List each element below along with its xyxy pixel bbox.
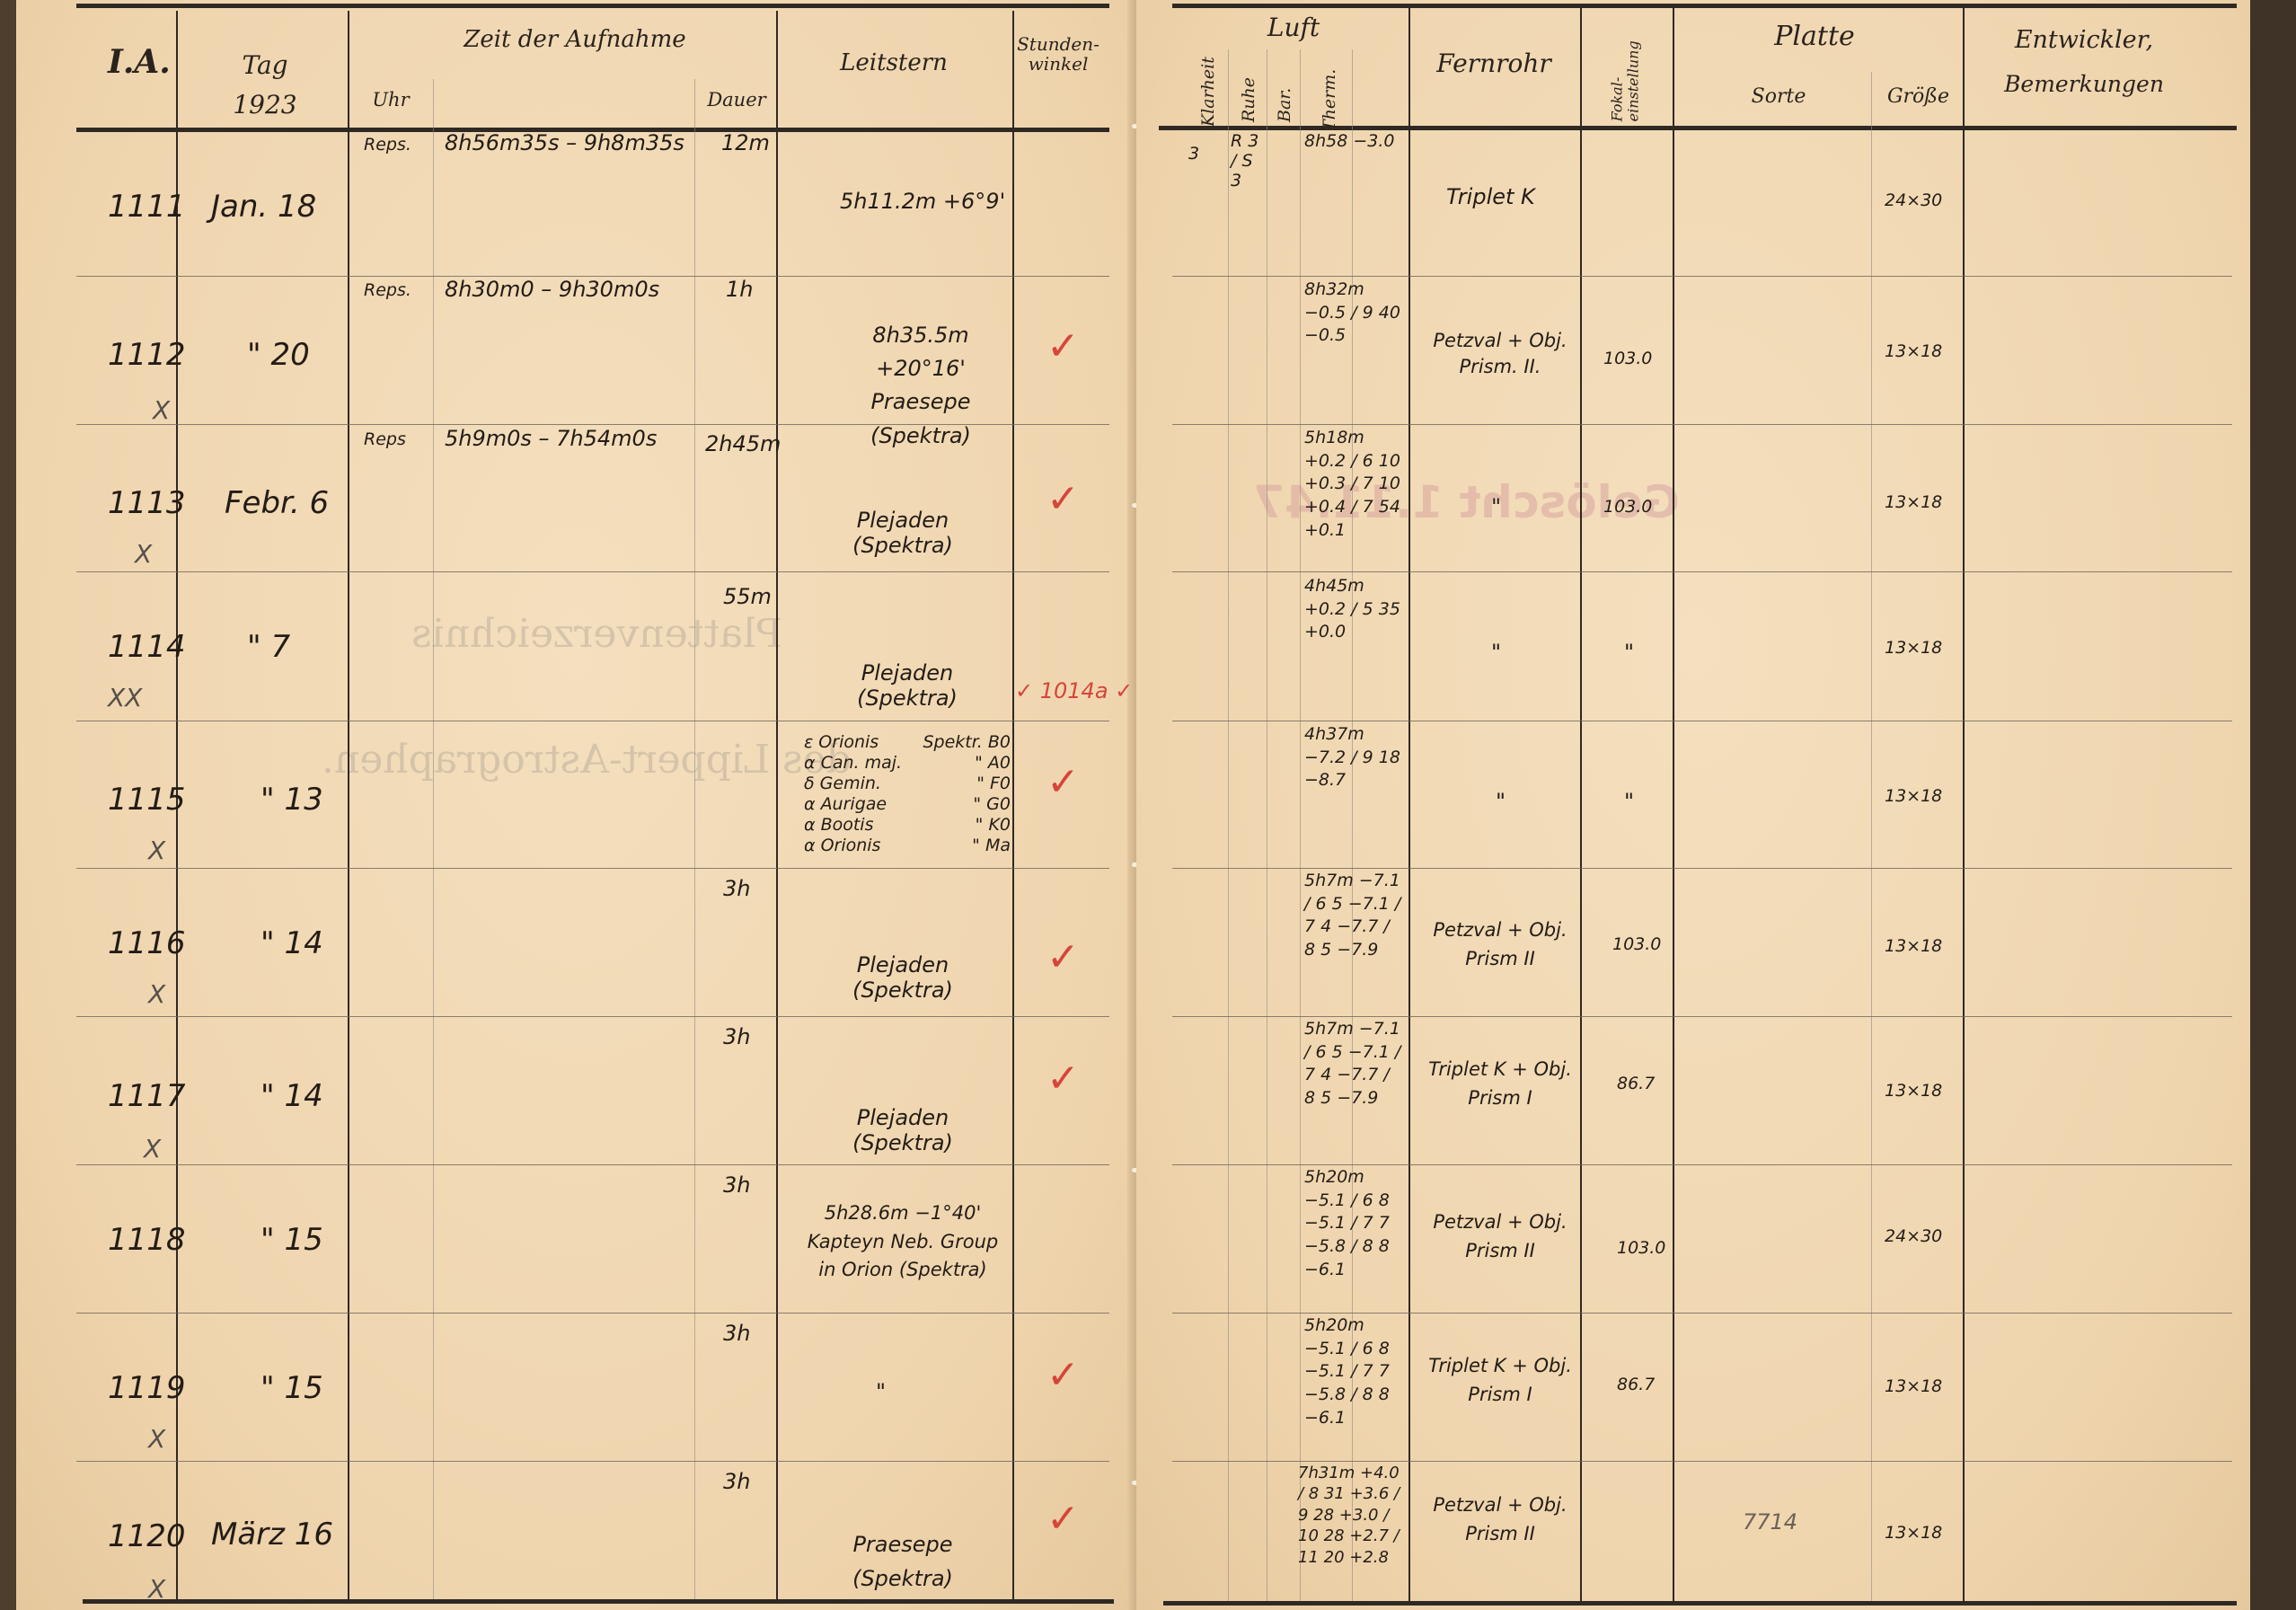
duration: 12m (721, 130, 770, 155)
header-focus: Fokal- einstellung (1610, 22, 1643, 121)
red-check-icon: ✓ (1046, 934, 1080, 980)
duration: 1h (726, 277, 753, 302)
check-mark-x: X (148, 1424, 165, 1454)
column-divider (1580, 7, 1582, 1601)
row-divider (1172, 868, 2232, 869)
telescope: Triplet K + Obj. Prism I (1424, 1352, 1576, 1409)
thermometer-readings: 7h31m +4.0 / 8 31 +3.6 / 9 28 +3.0 / 10 … (1298, 1463, 1406, 1568)
header-exposure-time: Zeit der Aufnahme (404, 27, 746, 53)
plate-size: 13×18 (1885, 1376, 1942, 1396)
header-calm: Ruhe (1239, 68, 1258, 122)
calm-value: R 3 / S 3 (1231, 131, 1267, 190)
header-clarity: Klarheit (1198, 55, 1218, 127)
clock-note: Reps (364, 429, 406, 449)
telescope: Triplet K + Obj. Prism I (1424, 1056, 1576, 1112)
day: " 13 (261, 782, 323, 818)
plate-id: 1118 (108, 1222, 186, 1258)
clock-note: Reps. (364, 280, 411, 300)
column-divider (1409, 7, 1410, 1601)
plate-size: 13×18 (1885, 1081, 1942, 1101)
plate-size: 13×18 (1885, 492, 1942, 512)
row-divider (1172, 424, 2232, 425)
bleed-through-subtitle: des Lippert-Astrographen. (322, 737, 852, 783)
header-thermometer: Therm. (1320, 59, 1339, 131)
row-divider (1172, 721, 2232, 721)
focus-setting: " (1624, 640, 1634, 665)
row-divider (76, 571, 1109, 572)
header-clock: Uhr (364, 90, 418, 111)
telescope: " (1496, 789, 1506, 814)
header-barometer: Bar. (1275, 68, 1294, 122)
clock-range: 8h56m35s – 9h8m35s (445, 130, 684, 155)
row-divider (76, 721, 1109, 721)
list-item: α Aurigae" G0 (804, 794, 1011, 815)
telescope: Petzval + Obj. Prism II (1424, 916, 1576, 973)
telescope: " (1491, 640, 1501, 665)
row-divider (1172, 1313, 2232, 1314)
thermometer-readings: 8h32m −0.5 / 9 40 −0.5 (1304, 279, 1403, 348)
telescope: Petzval + Obj. Prism II (1424, 1208, 1576, 1265)
duration: 3h (723, 1321, 750, 1346)
guide-star: Plejaden (Spektra) (835, 508, 970, 558)
day: " 14 (261, 925, 323, 961)
bleed-through-title: Plattenverzeichnis (411, 611, 782, 657)
plate-id: 1120 (108, 1518, 186, 1554)
column-divider (1267, 49, 1267, 1601)
plate-id: 1112 (108, 337, 186, 373)
focus-setting: " (1624, 789, 1634, 814)
guide-star: Plejaden (Spektra) (840, 660, 975, 711)
row-divider (76, 1461, 1109, 1462)
column-divider (1871, 72, 1872, 1601)
day: " 14 (261, 1078, 323, 1114)
guide-star: 8h35.5m +20°16' Praesepe (Spektra) (835, 319, 1006, 453)
plate-id: 1117 (108, 1078, 186, 1114)
plate-id: 1119 (108, 1370, 186, 1406)
top-rule (1172, 4, 2237, 8)
plate-size: 13×18 (1885, 936, 1942, 956)
clarity-value: 3 (1188, 144, 1199, 164)
plate-size: 13×18 (1885, 341, 1942, 361)
plate-size: 13×18 (1885, 1523, 1942, 1543)
column-divider (1300, 49, 1301, 1601)
list-item: α Bootis" K0 (804, 815, 1011, 836)
clock-note: Reps. (364, 135, 411, 155)
plate-id: 1114 (108, 629, 186, 665)
row-divider (76, 1313, 1109, 1314)
bottom-rule (83, 1599, 1114, 1604)
focus-setting: 103.0 (1612, 934, 1661, 954)
list-item: α Orionis" Ma (804, 836, 1011, 856)
red-check-icon: ✓ (1046, 759, 1080, 805)
day: März 16 (211, 1517, 333, 1552)
thermometer-readings: 4h45m +0.2 / 5 35 +0.0 (1304, 575, 1403, 644)
focus-setting: 103.0 (1617, 1238, 1665, 1258)
thermometer-readings: 5h18m +0.2 / 6 10 +0.3 / 7 10 +0.4 / 7 5… (1304, 427, 1403, 542)
telescope: Petzval + Obj. Prism II (1424, 1491, 1576, 1548)
check-mark-x: X (148, 979, 165, 1009)
check-mark-x: X (144, 1134, 161, 1163)
thermometer-readings: 5h7m −7.1 / 6 5 −7.1 / 7 4 −7.7 / 8 5 −7… (1304, 1018, 1403, 1110)
guide-star: " (876, 1379, 886, 1404)
red-check-icon: ✓ (1046, 1056, 1080, 1101)
thermometer-readings: 5h20m −5.1 / 6 8 −5.1 / 7 7 −5.8 / 8 8 −… (1304, 1314, 1403, 1429)
red-check-icon: ✓ (1046, 476, 1080, 522)
duration: 2h45m (705, 431, 781, 456)
guide-star: Plejaden (Spektra) (835, 952, 970, 1003)
duration: 3h (723, 1172, 750, 1198)
check-mark-xx: XX (108, 683, 142, 712)
header-day: Tag (225, 52, 305, 80)
plate-id: 1116 (108, 925, 186, 961)
header-guide-star: Leitstern (808, 50, 979, 76)
thermometer-readings: 5h7m −7.1 / 6 5 −7.1 / 7 4 −7.7 / 8 5 −7… (1304, 870, 1403, 962)
guide-star: Plejaden (Spektra) (835, 1105, 970, 1155)
day: " 7 (247, 629, 290, 665)
header-air: Luft (1249, 14, 1338, 42)
thermometer-readings: 4h37m −7.2 / 9 18 −8.7 (1304, 723, 1403, 792)
column-divider (1673, 7, 1674, 1601)
plate-size: 13×18 (1885, 638, 1942, 658)
header-plate-id: I.A. (108, 45, 171, 81)
row-divider (1172, 276, 2232, 277)
red-check-icon: ✓ (1046, 323, 1080, 369)
thermometer-readings: 5h20m −5.1 / 6 8 −5.1 / 7 7 −5.8 / 8 8 −… (1304, 1166, 1403, 1281)
plate-size: 24×30 (1885, 1226, 1942, 1246)
plate-type: 7714 (1743, 1509, 1797, 1535)
day: " 20 (247, 337, 310, 373)
bottom-rule (1163, 1601, 2237, 1606)
column-divider (694, 79, 695, 1599)
header-telescope: Fernrohr (1417, 50, 1570, 78)
clock-range: 8h30m0 – 9h30m0s (445, 277, 659, 302)
header-hour-angle: Stunden- winkel (1013, 34, 1103, 74)
header-duration: Dauer (701, 90, 773, 111)
check-mark-x: X (153, 395, 170, 425)
column-divider (433, 79, 434, 1599)
red-check-icon: ✓ (1046, 1496, 1080, 1542)
day: " 15 (261, 1370, 323, 1406)
list-item: δ Gemin." F0 (804, 774, 1011, 794)
duration: 3h (723, 876, 750, 901)
row-divider (76, 868, 1109, 869)
day: Jan. 18 (211, 189, 316, 225)
row-divider (1172, 1164, 2232, 1165)
header-plate-type: Sorte (1734, 86, 1824, 108)
duration: 55m (723, 584, 772, 609)
header-plate: Platte (1752, 22, 1877, 51)
row-divider (76, 1164, 1109, 1165)
duration: 3h (723, 1469, 750, 1494)
focus-setting: 86.7 (1617, 1074, 1655, 1093)
header-remarks: Bemerkungen (1972, 72, 2196, 97)
header-year: 1923 (225, 92, 305, 119)
thermometer-readings: 8h58 −3.0 (1304, 131, 1394, 151)
row-divider (1172, 1461, 2232, 1462)
row-divider (76, 1016, 1109, 1017)
guide-star: Praesepe (Spektra) (831, 1527, 975, 1597)
spectral-standard-list: ε OrionisSpektr. B0 α Can. maj." A0 δ Ge… (804, 732, 1011, 856)
day: " 15 (261, 1222, 323, 1258)
guide-star: 5h11.2m +6°9' (840, 189, 1005, 214)
row-divider (1172, 1016, 2232, 1017)
duration: 3h (723, 1024, 750, 1049)
telescope: Petzval + Obj. Prism. II. (1424, 328, 1576, 381)
header-developer: Entwickler, (1972, 27, 2196, 54)
plate-size: 13×18 (1885, 786, 1942, 806)
clock-range: 5h9m0s – 7h54m0s (445, 426, 657, 451)
list-item: ε OrionisSpektr. B0 (804, 732, 1011, 753)
day: Febr. 6 (225, 485, 329, 521)
top-rule (76, 4, 1109, 8)
column-divider (1228, 49, 1229, 1601)
book-cover-edge (2250, 0, 2296, 1610)
list-item: α Can. maj." A0 (804, 753, 1011, 774)
focus-setting: 86.7 (1617, 1375, 1655, 1394)
column-divider (348, 11, 349, 1601)
guide-star: 5h28.6m −1°40' Kapteyn Neb. Group in Ori… (799, 1199, 1006, 1285)
focus-setting: 103.0 (1603, 349, 1652, 368)
column-divider (776, 11, 778, 1601)
check-mark-x: X (135, 539, 152, 569)
focus-setting: 103.0 (1603, 497, 1652, 517)
red-check-icon: ✓ (1046, 1352, 1080, 1398)
plate-id: 1111 (108, 189, 186, 225)
plate-size: 24×30 (1885, 190, 1942, 210)
telescope: Triplet K (1446, 184, 1535, 209)
row-divider (1172, 571, 2232, 572)
check-mark-x: X (148, 1574, 165, 1604)
column-divider (1963, 7, 1965, 1601)
telescope: " (1491, 494, 1501, 519)
plate-id: 1115 (108, 782, 186, 818)
hour-angle-red-note: ✓ 1014a ✓ (1015, 678, 1133, 703)
check-mark-x: X (148, 836, 165, 865)
column-divider (1012, 11, 1014, 1601)
plate-id: 1113 (108, 485, 186, 521)
header-plate-size: Größe (1876, 86, 1961, 108)
